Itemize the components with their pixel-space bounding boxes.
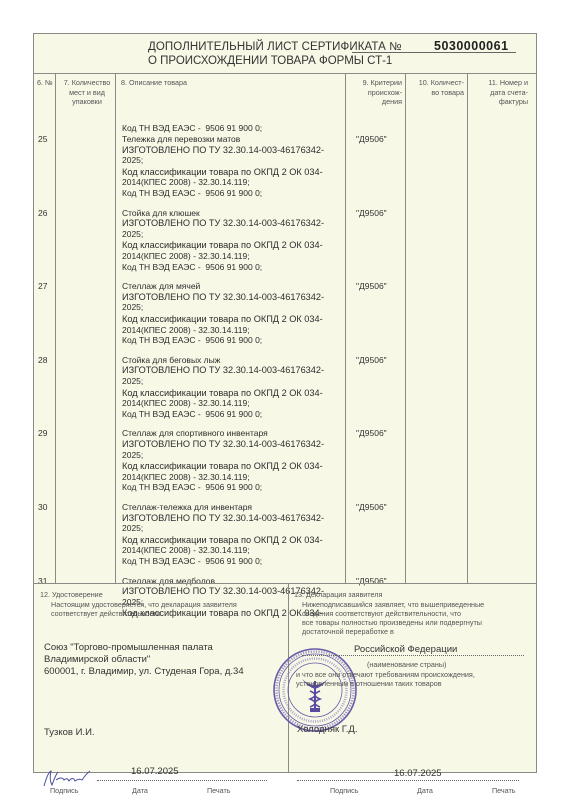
row-description-line: 2014(КПЕС 2008) - 32.30.14.119; xyxy=(122,177,250,188)
declarant-name: Холодняк Г.Д. xyxy=(297,724,357,735)
column-header-8: 8. Описание товара xyxy=(121,78,187,88)
row-item-name: Стеллаж-тележка для инвентаря xyxy=(122,502,252,513)
certification-heading: 12. Удостоверение xyxy=(40,590,103,600)
row-description-line: 2025; xyxy=(122,302,143,313)
declaration-caption-signature: Подпись xyxy=(330,786,358,795)
row-description-line: ИЗГОТОВЛЕНО ПО ТУ 32.30.14-003-46176342- xyxy=(122,292,324,303)
certifier-name: Тузков И.И. xyxy=(44,727,95,738)
certificate-sheet: ДОПОЛНИТЕЛЬНЫЙ ЛИСТ СЕРТИФИКАТА № О ПРОИ… xyxy=(33,33,537,773)
row-description-line: Код ТН ВЭД ЕАЭС - 9506 91 900 0; xyxy=(122,188,262,199)
declaration-date: 16.07.2025 xyxy=(394,768,442,779)
column-header-7: 7. Количество мест и вид упаковки xyxy=(60,78,114,107)
row-criterion: "Д9506" xyxy=(356,428,387,438)
row-description-line: Код классификации товара по ОКПД 2 ОК 03… xyxy=(122,461,323,472)
row-item-name: Стеллаж для спортивного инвентаря xyxy=(122,428,268,439)
column-header-10: 10. Количест- во товара xyxy=(410,78,464,97)
table-bottom-rule xyxy=(34,583,536,584)
row-description-line: Код ТН ВЭД ЕАЭС - 9506 91 900 0; xyxy=(122,482,262,493)
certification-caption-signature: Подпись xyxy=(50,786,78,795)
column-header-6: 6. № xyxy=(37,78,53,88)
row-criterion: "Д9506" xyxy=(356,281,387,291)
description-lead-line: Код ТН ВЭД ЕАЭС - 9506 91 900 0; xyxy=(122,123,262,134)
title-line-2: О ПРОИСХОЖДЕНИИ ТОВАРА ФОРМЫ СТ-1 xyxy=(148,55,392,67)
row-description-line: 2025; xyxy=(122,450,143,461)
country-underline xyxy=(302,655,524,656)
row-description-line: 2014(КПЕС 2008) - 32.30.14.119; xyxy=(122,398,250,409)
row-criterion: "Д9506" xyxy=(356,134,387,144)
certification-date: 16.07.2025 xyxy=(131,766,179,777)
row-criterion: "Д9506" xyxy=(356,502,387,512)
row-description-line: 2014(КПЕС 2008) - 32.30.14.119; xyxy=(122,545,250,556)
org-line-3: 600001, г. Владимир, ул. Студеная Гора, … xyxy=(44,666,244,678)
row-item-name: Стойка для клюшек xyxy=(122,208,200,219)
certifying-organization: Союз "Торгово-промышленная палата Владим… xyxy=(44,642,244,678)
row-number: 25 xyxy=(38,134,47,144)
row-description-line: Код ТН ВЭД ЕАЭС - 9506 91 900 0; xyxy=(122,262,262,273)
row-number: 28 xyxy=(38,355,47,365)
certificate-number: 5030000061 xyxy=(434,39,509,53)
org-line-1: Союз "Торгово-промышленная палата xyxy=(44,642,244,654)
row-number: 30 xyxy=(38,502,47,512)
row-item-name: Стеллаж для медболов xyxy=(122,576,215,587)
org-line-2: Владимирской области" xyxy=(44,654,244,666)
row-description-line: 2025; xyxy=(122,523,143,534)
certification-text-2: соответствует действительности xyxy=(51,609,160,619)
certification-signature-line xyxy=(97,780,267,781)
row-description-line: Код классификации товара по ОКПД 2 ОК 03… xyxy=(122,240,323,251)
row-description-line: 2025; xyxy=(122,229,143,240)
row-criterion: "Д9506" xyxy=(356,576,387,586)
row-description-line: ИЗГОТОВЛЕНО ПО ТУ 32.30.14-003-46176342- xyxy=(122,218,324,229)
signature-icon xyxy=(42,768,92,788)
row-description-line: Код ТН ВЭД ЕАЭС - 9506 91 900 0; xyxy=(122,556,262,567)
column-packages xyxy=(56,73,116,583)
row-number: 26 xyxy=(38,208,47,218)
row-item-name: Тележка для перевозки матов xyxy=(122,134,240,145)
seal-stamp-icon xyxy=(272,647,358,733)
row-description-line: Код классификации товара по ОКПД 2 ОК 03… xyxy=(122,535,323,546)
row-description-line: ИЗГОТОВЛЕНО ПО ТУ 32.30.14-003-46176342- xyxy=(122,365,324,376)
country-caption: (наименование страны) xyxy=(367,660,446,669)
declaration-text-4: достаточной переработке в xyxy=(302,627,394,637)
declaration-heading: 13. Декларация заявителя xyxy=(294,590,382,600)
row-item-name: Стойка для беговых лыж xyxy=(122,355,220,366)
row-description-line: ИЗГОТОВЛЕНО ПО ТУ 32.30.14-003-46176342- xyxy=(122,145,324,156)
row-description-line: 2025; xyxy=(122,376,143,387)
row-criterion: "Д9506" xyxy=(356,208,387,218)
column-header-9: 9. Критерии происхож- дения xyxy=(350,78,402,107)
column-quantity xyxy=(406,73,468,583)
row-description-line: Код классификации товара по ОКПД 2 ОК 03… xyxy=(122,314,323,325)
row-number: 29 xyxy=(38,428,47,438)
row-number: 27 xyxy=(38,281,47,291)
certification-caption-date: Дата xyxy=(132,786,148,795)
column-header-11: 11. Номер и дата счета- фактуры xyxy=(472,78,528,107)
title-block: ДОПОЛНИТЕЛЬНЫЙ ЛИСТ СЕРТИФИКАТА № О ПРОИ… xyxy=(34,34,536,74)
row-description-line: Код классификации товара по ОКПД 2 ОК 03… xyxy=(122,388,323,399)
row-description-line: 2025; xyxy=(122,155,143,166)
row-description-line: 2014(КПЕС 2008) - 32.30.14.119; xyxy=(122,325,250,336)
row-description-line: 2014(КПЕС 2008) - 32.30.14.119; xyxy=(122,251,250,262)
row-description-line: 2014(КПЕС 2008) - 32.30.14.119; xyxy=(122,472,250,483)
declaration-caption-seal: Печать xyxy=(492,786,516,795)
row-description-line: ИЗГОТОВЛЕНО ПО ТУ 32.30.14-003-46176342- xyxy=(122,439,324,450)
row-criterion: "Д9506" xyxy=(356,355,387,365)
certification-caption-seal: Печать xyxy=(207,786,231,795)
row-description-line: Код ТН ВЭД ЕАЭС - 9506 91 900 0; xyxy=(122,335,262,346)
row-description-line: ИЗГОТОВЛЕНО ПО ТУ 32.30.14-003-46176342- xyxy=(122,513,324,524)
declaration-caption-date: Дата xyxy=(417,786,433,795)
row-description-line: Код классификации товара по ОКПД 2 ОК 03… xyxy=(122,167,323,178)
row-number: 31 xyxy=(38,576,47,586)
declaration-text-6: установленным в отношении таких товаров xyxy=(296,679,442,689)
row-description-line: Код ТН ВЭД ЕАЭС - 9506 91 900 0; xyxy=(122,409,262,420)
country-name: Российской Федерации xyxy=(354,644,457,655)
declaration-signature-line xyxy=(297,780,519,781)
row-item-name: Стеллаж для мячей xyxy=(122,281,200,292)
